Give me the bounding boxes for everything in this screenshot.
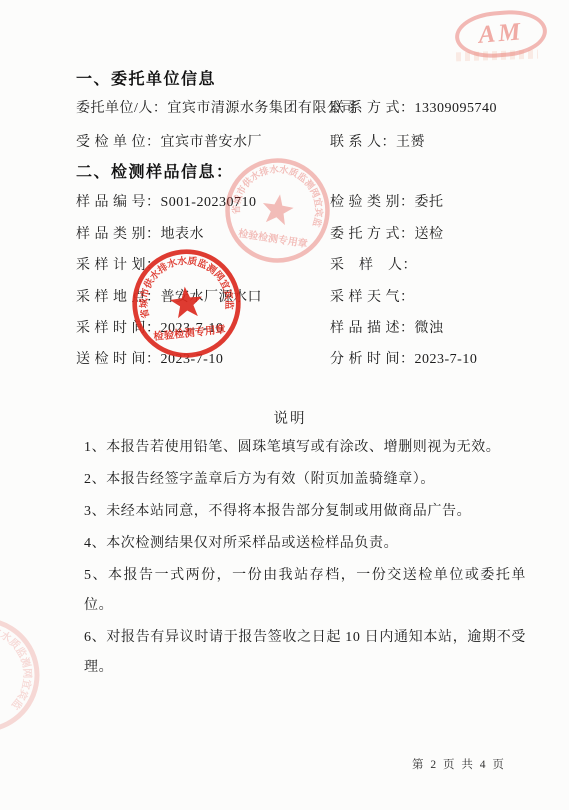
notes-title: 说明 [60, 407, 520, 428]
section1-heading: 一、委托单位信息 [76, 66, 216, 89]
sample-type-label: 样 品 类 别： [76, 227, 161, 242]
sampling-time-label: 采 样 时 间： [76, 321, 161, 336]
sample-desc-row: 样 品 描 述：微浊 [330, 319, 444, 339]
report-page: 一、委托单位信息 委托单位/人：宜宾市清源水务集团有限公司 联 系 方 式：13… [0, 0, 569, 810]
sample-desc-label: 样 品 描 述： [330, 321, 415, 336]
notes-list: 1、本报告若使用铅笔、圆珠笔填写或有涂改、增删则视为无效。 2、本报告经签字盖章… [84, 433, 526, 685]
sampling-site-label: 采 样 地 点： [76, 290, 161, 305]
sampler-label: 采 样 人： [330, 258, 417, 273]
note-item-4: 4、本次检测结果仅对所采样品或送检样品负责。 [84, 529, 526, 559]
sample-type-row: 样 品 类 别：地表水 [76, 225, 204, 245]
seal-ring-text: 四川省城市供水排水水质监测网宜宾监测站 [217, 148, 334, 229]
seal-star-icon [0, 651, 6, 697]
analysis-time-row: 分 析 时 间：2023-7-10 [330, 350, 477, 370]
test-category-row: 检 验 类 别：委托 [330, 193, 444, 213]
corner-oval-stamp-letters: AM [477, 18, 524, 50]
client-unit-row: 委托单位/人：宜宾市清源水务集团有限公司 [76, 99, 356, 119]
svg-text:四川省城市供水排水水质监测网宜宾监测站: 四川省城市供水排水水质监测网宜宾监测站 [124, 241, 236, 321]
svg-text:四川省城市供水排水水质监测网宜宾监测站: 四川省城市供水排水水质监测网宜宾监测站 [217, 148, 334, 229]
seal-banner-text: 检验检测专用章 [238, 227, 309, 251]
contact-phone-value: 13309095740 [415, 101, 498, 116]
note-item-2: 2、本报告经签字盖章后方为有效（附页加盖骑缝章）。 [84, 465, 526, 495]
section2-heading: 二、检测样品信息： [76, 159, 234, 182]
sampling-site-row: 采 样 地 点：普安水厂源水口 [76, 288, 262, 308]
delivery-time-label: 送 检 时 间： [76, 352, 161, 367]
seal-ring-text: 四川省城市供水排水水质监测网宜宾监测站 [0, 592, 63, 713]
faint-digits-smear [456, 50, 538, 62]
sample-no-label: 样 品 编 号： [76, 195, 161, 210]
client-unit-value: 宜宾市清源水务集团有限公司 [167, 101, 356, 116]
sample-type-value: 地表水 [161, 227, 205, 242]
seal-ring-text: 四川省城市供水排水水质监测网宜宾监测站 [124, 241, 236, 321]
delivery-time-value: 2023-7-10 [161, 352, 224, 367]
client-unit-label: 委托单位/人： [76, 101, 167, 116]
inspected-unit-value: 宜宾市普安水厂 [161, 135, 263, 150]
inspected-unit-row: 受 检 单 位：宜宾市普安水厂 [76, 133, 262, 153]
note-item-5: 5、本报告一式两份，一份由我站存档，一份交送检单位或委托单位。 [84, 561, 526, 621]
contact-person-value: 王赟 [396, 135, 425, 150]
analysis-time-value: 2023-7-10 [415, 352, 478, 367]
sampling-time-row: 采 样 时 间：2023-7-10 [76, 319, 223, 339]
sample-no-value: S001-20230710 [161, 195, 257, 210]
sampler-row: 采 样 人： [330, 256, 417, 276]
sampling-site-value: 普安水厂源水口 [161, 290, 263, 305]
contact-person-label: 联 系 人： [330, 135, 396, 150]
commission-mode-value: 送检 [415, 227, 444, 242]
note-item-1: 1、本报告若使用铅笔、圆珠笔填写或有涂改、增删则视为无效。 [84, 433, 526, 463]
sampling-plan-row: 采 样 计 划： [76, 256, 161, 276]
sampling-weather-row: 采 样 天 气： [330, 288, 415, 308]
seal-star-icon [260, 192, 295, 226]
commission-mode-label: 委 托 方 式： [330, 227, 415, 242]
analysis-time-label: 分 析 时 间： [330, 352, 415, 367]
commission-mode-row: 委 托 方 式：送检 [330, 225, 444, 245]
sample-no-row: 样 品 编 号：S001-20230710 [76, 193, 256, 213]
contact-phone-label: 联 系 方 式： [330, 101, 415, 116]
note-item-3: 3、未经本站同意，不得将本报告部分复制或用做商品广告。 [84, 497, 526, 527]
test-category-label: 检 验 类 别： [330, 195, 415, 210]
delivery-time-row: 送 检 时 间：2023-7-10 [76, 350, 223, 370]
seal-banner-text: 检验检测专用章 [0, 675, 2, 728]
sampling-time-value: 2023-7-10 [161, 321, 224, 336]
contact-person-row: 联 系 人：王赟 [330, 133, 425, 153]
page-number: 第 2 页 共 4 页 [412, 756, 506, 772]
sample-desc-value: 微浊 [415, 321, 444, 336]
sampling-weather-label: 采 样 天 气： [330, 290, 415, 305]
inspected-unit-label: 受 检 单 位： [76, 135, 161, 150]
test-category-value: 委托 [415, 195, 444, 210]
contact-phone-row: 联 系 方 式：13309095740 [330, 99, 497, 119]
note-item-6: 6、对报告有异议时请于报告签收之日起 10 日内通知本站，逾期不受理。 [84, 623, 526, 683]
svg-text:四川省城市供水排水水质监测网宜宾监测站: 四川省城市供水排水水质监测网宜宾监测站 [0, 592, 63, 713]
official-seal-edge-stamp: 四川省城市供水排水水质监测网宜宾监测站 检验检测专用章 [0, 592, 65, 757]
sampling-plan-label: 采 样 计 划： [76, 258, 161, 273]
